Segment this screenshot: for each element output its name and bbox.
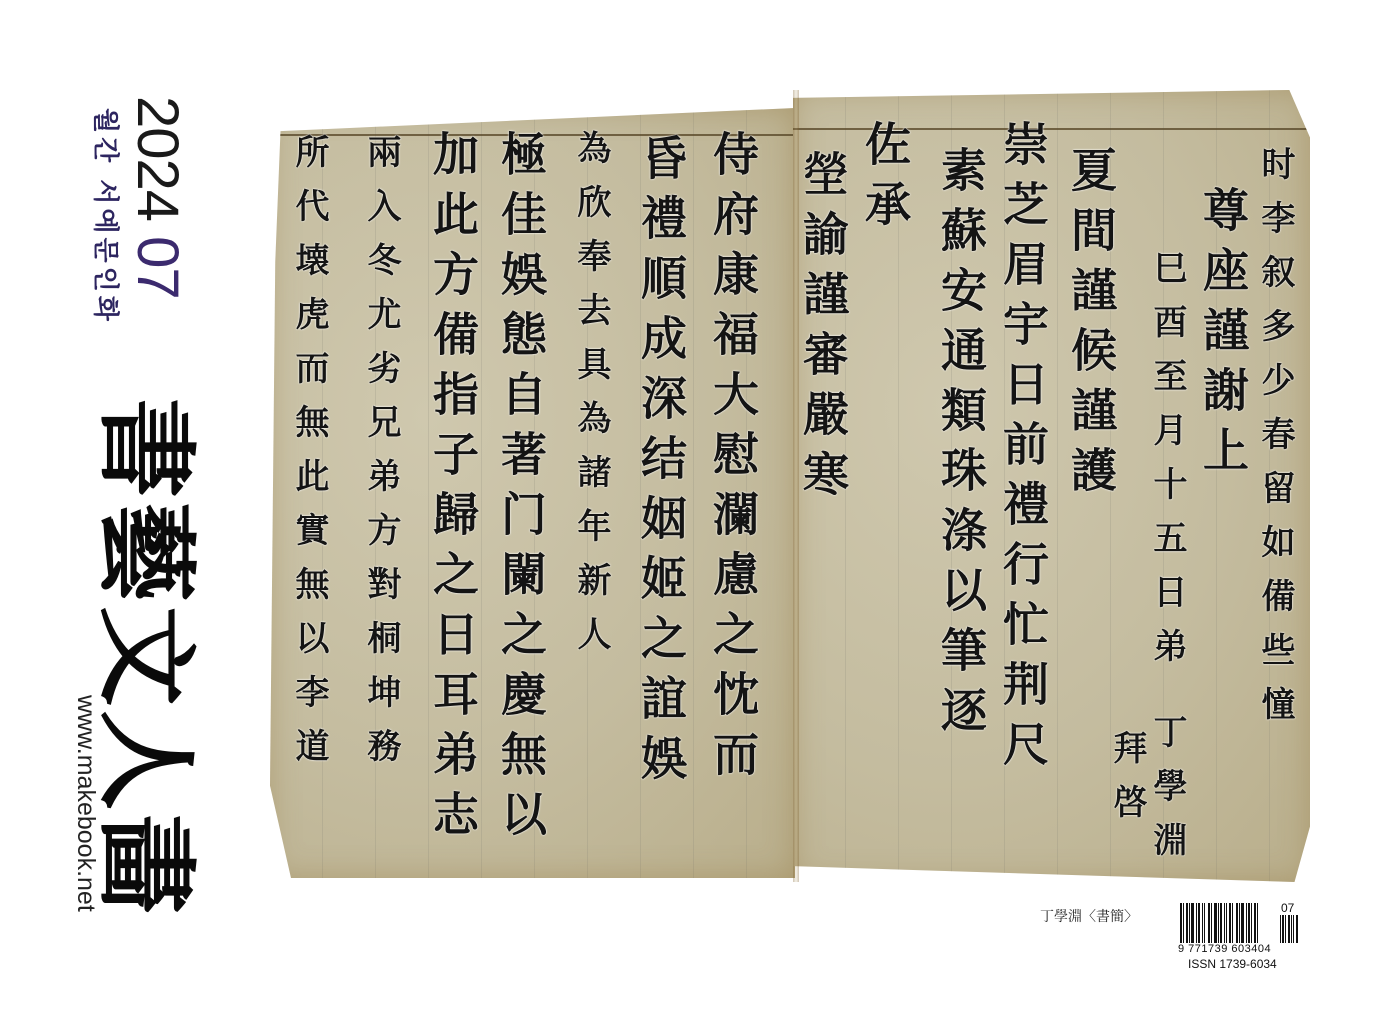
signature: 拜啓 [1110, 730, 1144, 838]
barcode-addon [1280, 903, 1299, 943]
barcode-bars [1180, 903, 1259, 943]
text-column: 夏間謹候謹護 [1068, 146, 1114, 506]
issue-date: 2024 07 [128, 96, 186, 299]
text-column: 时李叙多少春留如備些憧 [1258, 146, 1292, 740]
website-url: www.makebook.net [73, 695, 98, 912]
barcode: 9 771739 603404 ISSN 1739-6034 07 [1180, 903, 1259, 943]
text-column: 兩入冬尤劣兄弟方對桐坤務 [364, 134, 398, 782]
calligraphy-letter: 时李叙多少春留如備些憧 尊座謹謝上 巳酉至月十五日弟 丁學淵 夏間謹候謹護 崇芝… [270, 90, 1310, 882]
text-column: 崇芝眉宇日前禮行忙荆尺 [1000, 120, 1046, 780]
text-column: 塋諭謹審嚴寒 [800, 150, 846, 510]
text-column: 極佳娛態自著门闌之慶無以 [498, 130, 544, 850]
text-column: 加此方備指子歸之日耳弟志 [430, 130, 476, 850]
text-column: 所代壊虎而無此實無以李道 [292, 134, 326, 782]
text-column: 巳酉至月十五日弟 丁學淵 [1150, 250, 1184, 876]
magazine-logo: 書藝文人畵 [96, 398, 196, 918]
text-column: 佐承 [862, 120, 908, 240]
magazine-subtitle: 월간 서예문인화 [92, 108, 118, 325]
text-column: 侍府康福大慰瀾慮之忱而 [710, 130, 756, 790]
text-column: 昏禮順成深结姻姬之誼娛 [638, 134, 684, 794]
text-column: 為欣奉去具為諸年新人 [574, 130, 608, 670]
issue-year: 2024 [125, 96, 190, 221]
text-column: 素蘇安通類珠涤以筆逐 [938, 146, 984, 746]
issn: ISSN 1739-6034 [1188, 957, 1277, 971]
artwork-caption: 丁學淵〈書簡〉 [1040, 906, 1138, 926]
text-column: 尊座謹謝上 [1200, 186, 1246, 486]
issue-month: 07 [125, 236, 190, 299]
barcode-number: 9 771739 603404 [1178, 943, 1271, 955]
